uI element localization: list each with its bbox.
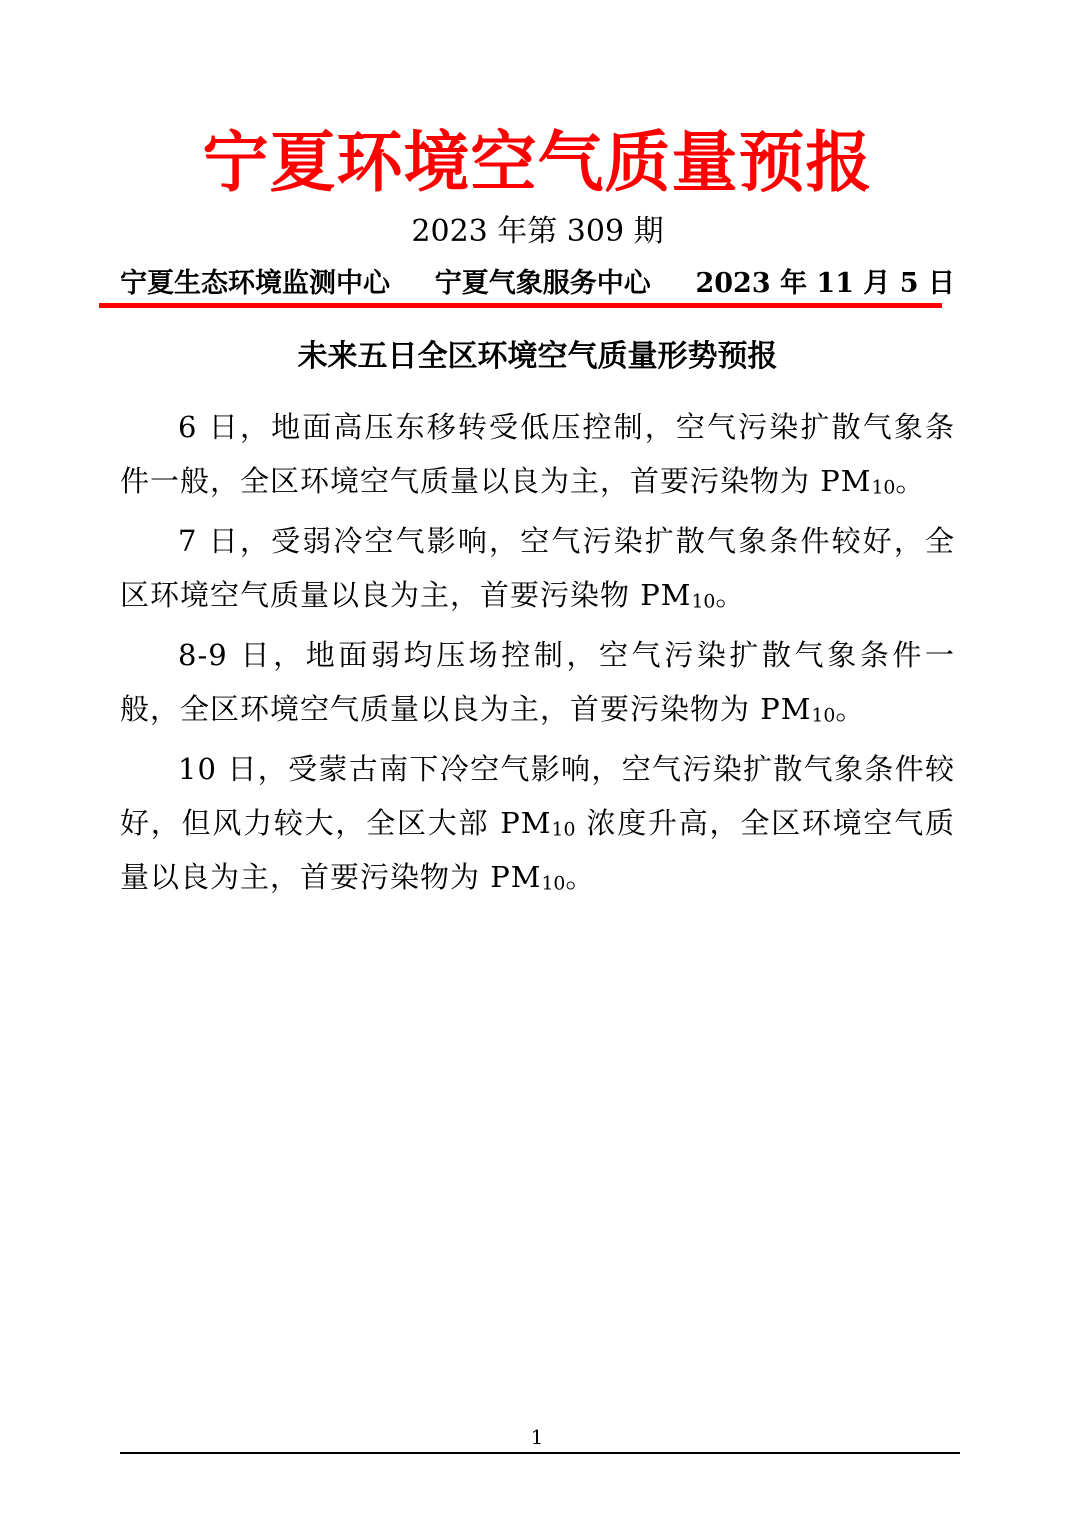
- document-page: 宁夏环境空气质量预报 2023 年第 309 期 宁夏生态环境监测中心 宁夏气象…: [0, 0, 1074, 1520]
- pm-subscript: 10: [691, 591, 715, 612]
- pm-subscript: 10: [871, 477, 895, 498]
- body-paragraph: 6 日，地面高压东移转受低压控制，空气污染扩散气象条件一般，全区环境空气质量以良…: [120, 400, 955, 508]
- footer-divider-line: [120, 1452, 960, 1454]
- page-number: 1: [0, 1424, 1074, 1450]
- red-divider-line: [99, 303, 942, 308]
- agency-environment-center: 宁夏生态环境监测中心: [120, 268, 390, 300]
- paragraph-text-run: 。: [715, 578, 745, 612]
- pm-subscript: 10: [811, 705, 835, 726]
- pm-subscript: 10: [551, 819, 575, 840]
- body-paragraph: 10 日，受蒙古南下冷空气影响，空气污染扩散气象条件较好，但风力较大，全区大部 …: [120, 742, 955, 904]
- page-footer: 1: [0, 1424, 1074, 1454]
- issue-date: 2023 年 11 月 5 日: [695, 268, 955, 300]
- document-title: 宁夏环境空气质量预报: [120, 126, 955, 200]
- document-body: 6 日，地面高压东移转受低压控制，空气污染扩散气象条件一般，全区环境空气质量以良…: [120, 400, 955, 904]
- paragraph-text-run: 。: [835, 692, 865, 726]
- body-paragraph: 8-9 日，地面弱均压场控制，空气污染扩散气象条件一般，全区环境空气质量以良为主…: [120, 628, 955, 736]
- pm-subscript: 10: [541, 873, 565, 894]
- paragraph-text-run: 7 日，受弱冷空气影响，空气污染扩散气象条件较好，全区环境空气质量以良为主，首要…: [120, 524, 955, 612]
- agency-meteorological-center: 宁夏气象服务中心: [435, 268, 651, 300]
- issue-number: 2023 年第 309 期: [120, 214, 955, 250]
- paragraph-text-run: 。: [895, 464, 925, 498]
- paragraph-text-run: 。: [565, 860, 595, 894]
- paragraph-text-run: 6 日，地面高压东移转受低压控制，空气污染扩散气象条件一般，全区环境空气质量以良…: [120, 410, 955, 498]
- section-title: 未来五日全区环境空气质量形势预报: [120, 340, 955, 374]
- masthead-row: 宁夏生态环境监测中心 宁夏气象服务中心 2023 年 11 月 5 日: [120, 268, 955, 300]
- body-paragraph: 7 日，受弱冷空气影响，空气污染扩散气象条件较好，全区环境空气质量以良为主，首要…: [120, 514, 955, 622]
